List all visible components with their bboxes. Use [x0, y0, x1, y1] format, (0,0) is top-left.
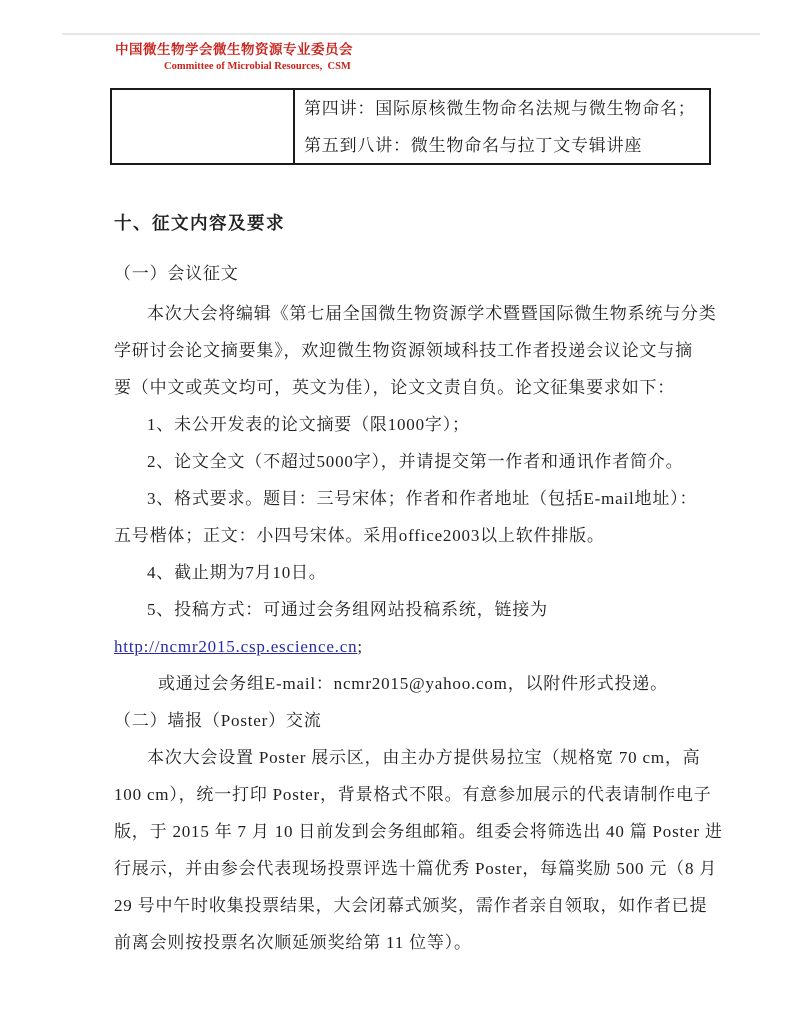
para2-line-6: 前离会则按投票名次顺延颁奖给第 11 位等）。: [114, 924, 759, 961]
letterhead: 中国微生物学会微生物资源专业委员会 Committee of Microbial…: [115, 38, 353, 72]
section-heading-call-for-papers: 十、征文内容及要求: [114, 205, 759, 242]
para2-line-1: 本次大会设置 Poster 展示区，由主办方提供易拉宝（规格宽 70 cm，高: [114, 739, 759, 776]
para1-line-1: 本次大会将编辑《第七届全国微生物资源学术暨暨国际微生物系统与分类: [114, 295, 759, 332]
letterhead-org-name-en: Committee of Microbial Resources, CSM: [164, 61, 353, 72]
submission-link-suffix: ;: [357, 637, 363, 656]
document-body: 十、征文内容及要求 （一）会议征文 本次大会将编辑《第七届全国微生物资源学术暨暨…: [114, 205, 759, 961]
lecture-schedule-table: 第四讲：国际原核微生物命名法规与微生物命名； 第五到八讲：微生物命名与拉丁文专辑…: [110, 88, 711, 165]
table-cell-right: 第四讲：国际原核微生物命名法规与微生物命名； 第五到八讲：微生物命名与拉丁文专辑…: [295, 90, 709, 163]
requirement-line-4: 4、截止期为7月10日。: [114, 554, 759, 591]
table-cell-left-empty: [112, 90, 295, 163]
submission-link[interactable]: http://ncmr2015.csp.escience.cn: [114, 637, 357, 656]
para1-line-2: 学研讨会论文摘要集》，欢迎微生物资源领域科技工作者投递会议论文与摘: [114, 332, 759, 369]
letterhead-org-name-cn: 中国微生物学会微生物资源专业委员会: [115, 38, 353, 58]
email-submission-line: 或通过会务组E-mail：ncmr2015@yahoo.com，以附件形式投递。: [114, 665, 759, 702]
scan-artifact-line: [62, 33, 760, 35]
requirement-line-3-cont: 五号楷体；正文：小四号宋体。采用office2003以上软件排版。: [114, 517, 759, 554]
requirement-line-2: 2、论文全文（不超过5000字），并请提交第一作者和通讯作者简介。: [114, 443, 759, 480]
scanned-document-page: 中国微生物学会微生物资源专业委员会 Committee of Microbial…: [0, 0, 800, 1035]
requirement-line-1: 1、未公开发表的论文摘要（限1000字）；: [114, 406, 759, 443]
para2-line-3: 版，于 2015 年 7 月 10 日前发到会务组邮箱。组委会将筛选出 40 篇…: [114, 813, 759, 850]
para2-line-5: 29 号中午时收集投票结果，大会闭幕式颁奖，需作者亲自领取，如作者已提: [114, 887, 759, 924]
requirement-line-3: 3、格式要求。题目：三号宋体；作者和作者地址（包括E-mail地址）：: [114, 480, 759, 517]
lecture-line-2: 第五到八讲：微生物命名与拉丁文专辑讲座: [304, 127, 709, 164]
lecture-line-1: 第四讲：国际原核微生物命名法规与微生物命名；: [304, 90, 709, 127]
para2-line-2: 100 cm），统一打印 Poster，背景格式不限。有意参加展示的代表请制作电…: [114, 776, 759, 813]
subsection-2-heading: （二）墙报（Poster）交流: [114, 702, 759, 739]
submission-link-line: http://ncmr2015.csp.escience.cn;: [114, 628, 759, 665]
para1-line-3: 要（中文或英文均可，英文为佳），论文文责自负。论文征集要求如下：: [114, 369, 759, 406]
subsection-1-heading: （一）会议征文: [114, 255, 759, 292]
para2-line-4: 行展示，并由参会代表现场投票评选十篇优秀 Poster，每篇奖励 500 元（8…: [114, 850, 759, 887]
requirement-line-5: 5、投稿方式：可通过会务组网站投稿系统，链接为: [114, 591, 759, 628]
